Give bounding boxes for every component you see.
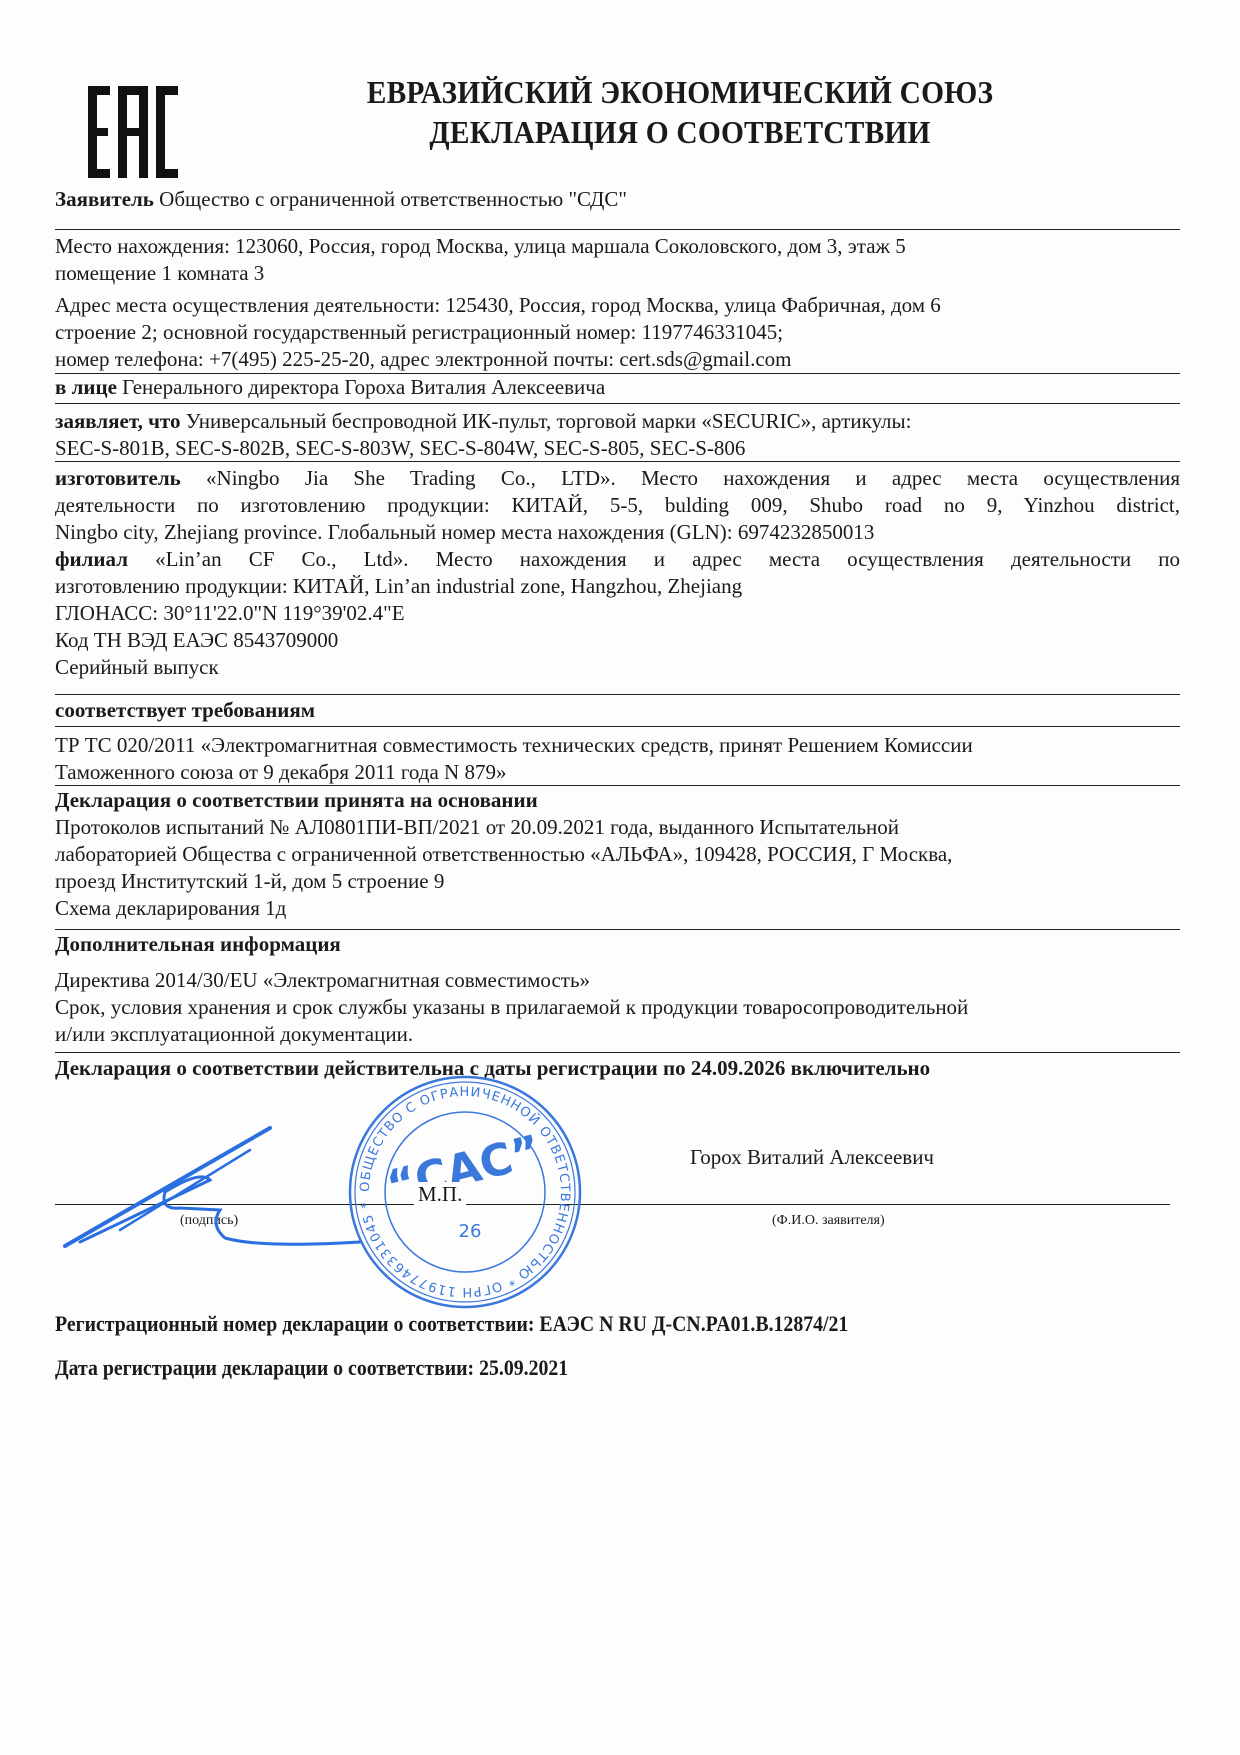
- branch-line-1: «Lin’an CF Co., Ltd». Место нахождения и…: [155, 547, 1180, 571]
- declaration-scheme: Схема декларирования 1д: [55, 895, 1180, 922]
- applicant-location: Место нахождения: 123060, Россия, город …: [55, 233, 1180, 287]
- basis-heading: Декларация о соответствии принята на осн…: [55, 787, 1180, 814]
- document-title: ДЕКЛАРАЦИЯ О СООТВЕТСТВИИ: [330, 112, 1029, 152]
- manufacturer-block: изготовитель «Ningbo Jia She Trading Co.…: [55, 465, 1180, 546]
- document-header: ЕВРАЗИЙСКИЙ ЭКОНОМИЧЕСКИЙ СОЮЗ ДЕКЛАРАЦИ…: [300, 72, 1060, 152]
- branch-label: филиал: [55, 547, 128, 571]
- divider: [55, 785, 1180, 786]
- basis-text: Протоколов испытаний № АЛ0801ПИ-ВП/2021 …: [55, 814, 1180, 922]
- registration-number: Регистрационный номер декларации о соотв…: [55, 1311, 936, 1337]
- registration-date-text: Дата регистрации декларации о соответств…: [55, 1355, 568, 1381]
- union-title: ЕВРАЗИЙСКИЙ ЭКОНОМИЧЕСКИЙ СОЮЗ: [330, 72, 1029, 112]
- signer-name: Горох Виталий Алексеевич: [690, 1145, 934, 1170]
- validity-statement: Декларация о соответствии действительна …: [55, 1055, 1180, 1082]
- additional-heading: Дополнительная информация: [55, 931, 1180, 958]
- manufacturer-label: изготовитель: [55, 466, 181, 490]
- location-line-2: помещение 1 комната 3: [55, 260, 1180, 287]
- branch-line-2: изготовлению продукции: КИТАЙ, Lin’an in…: [55, 573, 1180, 600]
- product-articles: SEC-S-801B, SEC-S-802B, SEC-S-803W, SEC-…: [55, 435, 1180, 462]
- stamp-place-label: М.П.: [414, 1182, 466, 1207]
- applicant-label: Заявитель: [55, 187, 154, 211]
- manufacturer-line-3: Ningbo city, Zhejiang province. Глобальн…: [55, 519, 1180, 546]
- hs-code: Код ТН ВЭД ЕАЭС 8543709000: [55, 627, 1180, 654]
- divider: [55, 1052, 1180, 1053]
- signer-caption: (Ф.И.О. заявителя): [772, 1213, 885, 1229]
- additional-line-3: и/или эксплуатационной документации.: [55, 1021, 1180, 1048]
- divider: [55, 726, 1180, 727]
- additional-line-2: Срок, условия хранения и срок службы ука…: [55, 994, 1180, 1021]
- requirements-text: ТР ТС 020/2011 «Электромагнитная совмест…: [55, 732, 1180, 786]
- applicant-row: Заявитель Общество с ограниченной ответс…: [55, 186, 1180, 213]
- registration-number-text: Регистрационный номер декларации о соотв…: [55, 1311, 848, 1337]
- represented-row: в лице Генерального директора Гороха Вит…: [55, 374, 1180, 401]
- eac-logo-icon: [88, 86, 178, 178]
- additional-line-1: Директива 2014/30/EU «Электромагнитная с…: [55, 967, 1180, 994]
- production-type: Серийный выпуск: [55, 654, 1180, 681]
- basis-line-2: лабораторией Общества с ограниченной отв…: [55, 841, 1180, 868]
- declaration-page: ЕВРАЗИЙСКИЙ ЭКОНОМИЧЕСКИЙ СОЮЗ ДЕКЛАРАЦИ…: [0, 0, 1240, 1755]
- divider: [55, 229, 1180, 230]
- handwritten-signature-icon: [60, 1120, 380, 1260]
- represented-by: Генерального директора Гороха Виталия Ал…: [122, 375, 605, 399]
- requirements-line-1: ТР ТС 020/2011 «Электромагнитная совмест…: [55, 732, 1180, 759]
- registration-date: Дата регистрации декларации о соответств…: [55, 1355, 625, 1381]
- divider: [55, 694, 1180, 695]
- location-line-1: Место нахождения: 123060, Россия, город …: [55, 233, 1180, 260]
- divider: [55, 929, 1180, 930]
- requirements-line-2: Таможенного союза от 9 декабря 2011 года…: [55, 759, 1180, 786]
- branch-block: филиал «Lin’an CF Co., Ltd». Место нахож…: [55, 546, 1180, 681]
- declares-label: заявляет, что: [55, 409, 180, 433]
- represented-label: в лице: [55, 375, 117, 399]
- activity-line-1: Адрес места осуществления деятельности: …: [55, 292, 1180, 319]
- contact-line: номер телефона: +7(495) 225-25-20, адрес…: [55, 346, 1180, 373]
- applicant-activity-address: Адрес места осуществления деятельности: …: [55, 292, 1180, 373]
- manufacturer-line-2: деятельности по изготовлению продукции: …: [55, 492, 1180, 519]
- applicant-name: Общество с ограниченной ответственностью…: [159, 187, 627, 211]
- product-description: Универсальный беспроводной ИК-пульт, тор…: [186, 409, 912, 433]
- declares-row: заявляет, что Универсальный беспроводной…: [55, 408, 1180, 462]
- activity-line-2: строение 2; основной государственный рег…: [55, 319, 1180, 346]
- divider: [55, 461, 1180, 462]
- basis-line-1: Протоколов испытаний № АЛ0801ПИ-ВП/2021 …: [55, 814, 1180, 841]
- additional-text: Директива 2014/30/EU «Электромагнитная с…: [55, 967, 1180, 1048]
- requirements-heading: соответствует требованиям: [55, 697, 1180, 724]
- basis-line-3: проезд Институтский 1-й, дом 5 строение …: [55, 868, 1180, 895]
- divider: [55, 403, 1180, 404]
- svg-text:26: 26: [459, 1221, 482, 1242]
- glonass-coordinates: ГЛОНАСС: 30°11'22.0"N 119°39'02.4"E: [55, 600, 1180, 627]
- manufacturer-line-1: «Ningbo Jia She Trading Co., LTD». Место…: [206, 466, 1180, 490]
